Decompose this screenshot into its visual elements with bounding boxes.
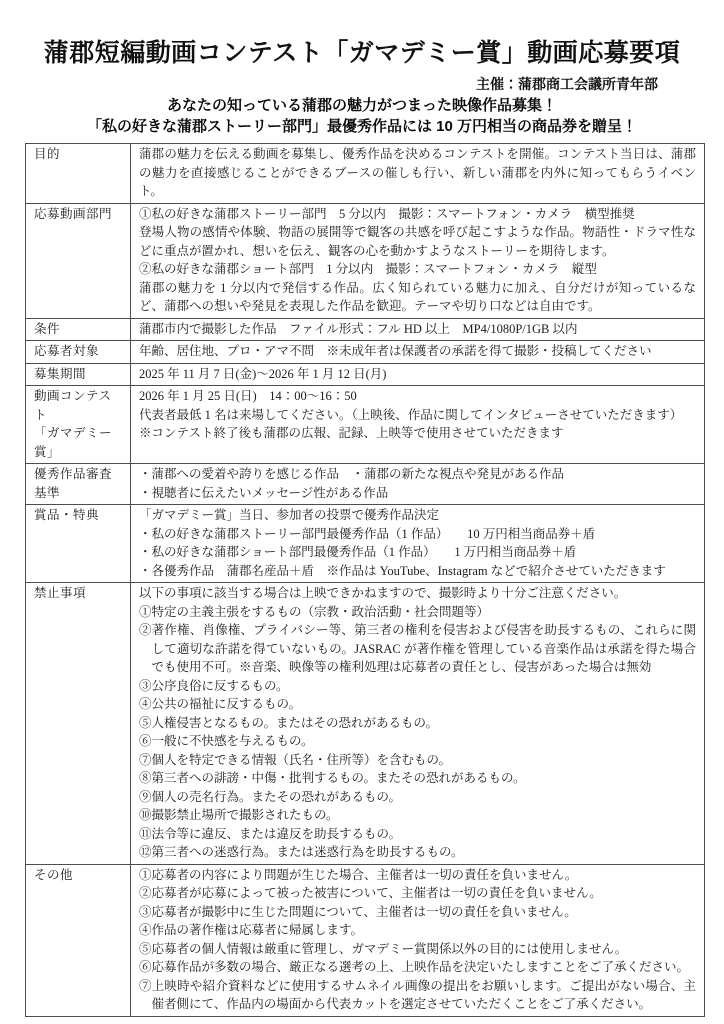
row-content: 蒲郡の魅力を伝える動画を募集し、優秀作品を決めるコンテストを開催。コンテスト当日… [131, 144, 705, 204]
paragraph: ②著作権、肖像権、プライバシー等、第三者の権利を侵害および侵害を助長するもの、こ… [139, 621, 696, 677]
row-label: 禁止事項 [26, 583, 131, 865]
paragraph: ④公共の福祉に反するもの。 [139, 695, 696, 714]
row-content: ①応募者の内容により問題が生じた場合、主催者は一切の責任を負いません。②応募者が… [131, 864, 705, 1016]
paragraph: ④作品の著作権は応募者に帰属します。 [139, 921, 696, 940]
requirements-table-body: 目的蒲郡の魅力を伝える動画を募集し、優秀作品を決めるコンテストを開催。コンテスト… [26, 144, 705, 1017]
paragraph: ⑩撮影禁止場所で撮影されたもの。 [139, 806, 696, 825]
row-content: 2026 年 1 月 25 日(日) 14：00～16：50代表者最低 1 名は… [131, 386, 705, 464]
row-content: ・蒲郡への愛着や誇りを感じる作品 ・蒲郡の新たな視点や発見がある作品・視聴者に伝… [131, 464, 705, 505]
catch-copy-line-1: あなたの知っている蒲郡の魅力がつまった映像作品募集！ [0, 97, 724, 115]
paragraph: 蒲郡の魅力を伝える動画を募集し、優秀作品を決めるコンテストを開催。コンテスト当日… [139, 145, 696, 201]
paragraph: ⑨個人の売名行為。またその恐れがあるもの。 [139, 788, 696, 807]
paragraph: ①特定の主義主張をするもの（宗教・政治活動・社会問題等） [139, 603, 696, 622]
table-row: 募集期間2025 年 11 月 7 日(金)～2026 年 1 月 12 日(月… [26, 363, 705, 386]
catch-copy-line-2: 「私の好きな蒲郡ストーリー部門」最優秀作品には 10 万円相当の商品券を贈呈！ [0, 118, 724, 136]
table-row: 賞品・特典「ガマデミー賞」当日、参加者の投票で優秀作品決定・私の好きな蒲郡ストー… [26, 505, 705, 583]
paragraph: ③応募者が撮影中に生じた問題について、主催者は一切の責任を負いません。 [139, 903, 696, 922]
row-content: 蒲郡市内で撮影した作品 ファイル形式：フル HD 以上 MP4/1080P/1G… [131, 318, 705, 341]
paragraph: ※コンテスト終了後も蒲郡の広報、記録、上映等で使用させていただきます [139, 424, 696, 443]
row-label: 優秀作品審査基準 [26, 464, 131, 505]
table-row: その他①応募者の内容により問題が生じた場合、主催者は一切の責任を負いません。②応… [26, 864, 705, 1016]
paragraph: ⑥一般に不快感を与えるもの。 [139, 732, 696, 751]
paragraph: ⑧第三者への誹謗・中傷・批判するもの。またその恐れがあるもの。 [139, 769, 696, 788]
paragraph: ・私の好きな蒲郡ショート部門最優秀作品（1 作品） 1 万円相当商品券＋盾 [139, 543, 696, 562]
row-content: ①私の好きな蒲郡ストーリー部門 5 分以内 撮影：スマートフォン・カメラ 横型推… [131, 203, 705, 318]
paragraph: ・蒲郡への愛着や誇りを感じる作品 ・蒲郡の新たな視点や発見がある作品 [139, 465, 696, 484]
table-row: 禁止事項以下の事項に該当する場合は上映できかねますので、撮影時より十分ご注意くだ… [26, 583, 705, 865]
paragraph: ②私の好きな蒲郡ショート部門 1 分以内 撮影：スマートフォン・カメラ 縦型 [139, 260, 696, 279]
row-label: 目的 [26, 144, 131, 204]
paragraph: 2025 年 11 月 7 日(金)～2026 年 1 月 12 日(月) [139, 365, 696, 384]
page-title: 蒲郡短編動画コンテスト「ガマデミー賞」動画応募要項 [0, 38, 724, 68]
row-label: その他 [26, 864, 131, 1016]
paragraph: ⑦上映時や紹介資料などに使用するサムネイル画像の提出をお願いします。ご提出がない… [139, 977, 696, 1014]
paragraph: 2026 年 1 月 25 日(日) 14：00～16：50 [139, 387, 696, 406]
paragraph: 蒲郡の魅力を 1 分以内で発信する作品。広く知られている魅力に加え、自分だけが知… [139, 279, 696, 316]
paragraph: 登場人物の感情や体験、物語の展開等で観客の共感を呼び起こすような作品。物語性・ド… [139, 223, 696, 260]
table-row: 条件蒲郡市内で撮影した作品 ファイル形式：フル HD 以上 MP4/1080P/… [26, 318, 705, 341]
paragraph: ①私の好きな蒲郡ストーリー部門 5 分以内 撮影：スマートフォン・カメラ 横型推… [139, 205, 696, 224]
paragraph: ③公序良俗に反するもの。 [139, 677, 696, 696]
row-label: 条件 [26, 318, 131, 341]
paragraph: ①応募者の内容により問題が生じた場合、主催者は一切の責任を負いません。 [139, 866, 696, 885]
paragraph: 年齢、居住地、プロ・アマ不問 ※未成年者は保護者の承諾を得て撮影・投稿してくださ… [139, 342, 696, 361]
row-label: 応募者対象 [26, 341, 131, 364]
paragraph: ⑦個人を特定できる情報（氏名・住所等）を含むもの。 [139, 751, 696, 770]
table-row: 動画コンテスト 「ガマデミー賞」2026 年 1 月 25 日(日) 14：00… [26, 386, 705, 464]
paragraph: ②応募者が応募によって被った被害について、主催者は一切の責任を負いません。 [139, 884, 696, 903]
table-row: 応募動画部門①私の好きな蒲郡ストーリー部門 5 分以内 撮影：スマートフォン・カ… [26, 203, 705, 318]
paragraph: ⑪法令等に違反、または違反を助長するもの。 [139, 825, 696, 844]
row-content: 以下の事項に該当する場合は上映できかねますので、撮影時より十分ご注意ください。①… [131, 583, 705, 865]
paragraph: 以下の事項に該当する場合は上映できかねますので、撮影時より十分ご注意ください。 [139, 584, 696, 603]
paragraph: ⑥応募作品が多数の場合、厳正なる選考の上、上映作品を決定いたしますことをご了承く… [139, 958, 696, 977]
row-label: 募集期間 [26, 363, 131, 386]
paragraph: ・各優秀作品 蒲郡名産品＋盾 ※作品は YouTube、Instagram など… [139, 562, 696, 581]
row-label: 動画コンテスト 「ガマデミー賞」 [26, 386, 131, 464]
table-row: 目的蒲郡の魅力を伝える動画を募集し、優秀作品を決めるコンテストを開催。コンテスト… [26, 144, 705, 204]
row-label: 賞品・特典 [26, 505, 131, 583]
row-label: 応募動画部門 [26, 203, 131, 318]
paragraph: ⑤応募者の個人情報は厳重に管理し、ガマデミー賞関係以外の目的には使用しません。 [139, 940, 696, 959]
row-content: 「ガマデミー賞」当日、参加者の投票で優秀作品決定・私の好きな蒲郡ストーリー部門最… [131, 505, 705, 583]
paragraph: ⑤人権侵害となるもの。またはその恐れがあるもの。 [139, 714, 696, 733]
paragraph: ・私の好きな蒲郡ストーリー部門最優秀作品（1 作品） 10 万円相当商品券＋盾 [139, 525, 696, 544]
document-page: 蒲郡短編動画コンテスト「ガマデミー賞」動画応募要項 主催：蒲郡商工会議所青年部 … [0, 0, 724, 1024]
paragraph: 代表者最低 1 名は来場してください。（上映後、作品に関してインタビューさせてい… [139, 406, 696, 425]
paragraph: ⑫第三者への迷惑行為。または迷惑行為を助長するもの。 [139, 843, 696, 862]
row-content: 2025 年 11 月 7 日(金)～2026 年 1 月 12 日(月) [131, 363, 705, 386]
paragraph: 蒲郡市内で撮影した作品 ファイル形式：フル HD 以上 MP4/1080P/1G… [139, 320, 696, 339]
row-content: 年齢、居住地、プロ・アマ不問 ※未成年者は保護者の承諾を得て撮影・投稿してくださ… [131, 341, 705, 364]
paragraph: ・視聴者に伝えたいメッセージ性がある作品 [139, 484, 696, 503]
organizer-line: 主催：蒲郡商工会議所青年部 [0, 74, 724, 94]
requirements-table: 目的蒲郡の魅力を伝える動画を募集し、優秀作品を決めるコンテストを開催。コンテスト… [25, 143, 705, 1017]
table-row: 応募者対象年齢、居住地、プロ・アマ不問 ※未成年者は保護者の承諾を得て撮影・投稿… [26, 341, 705, 364]
table-row: 優秀作品審査基準・蒲郡への愛着や誇りを感じる作品 ・蒲郡の新たな視点や発見がある… [26, 464, 705, 505]
paragraph: 「ガマデミー賞」当日、参加者の投票で優秀作品決定 [139, 506, 696, 525]
